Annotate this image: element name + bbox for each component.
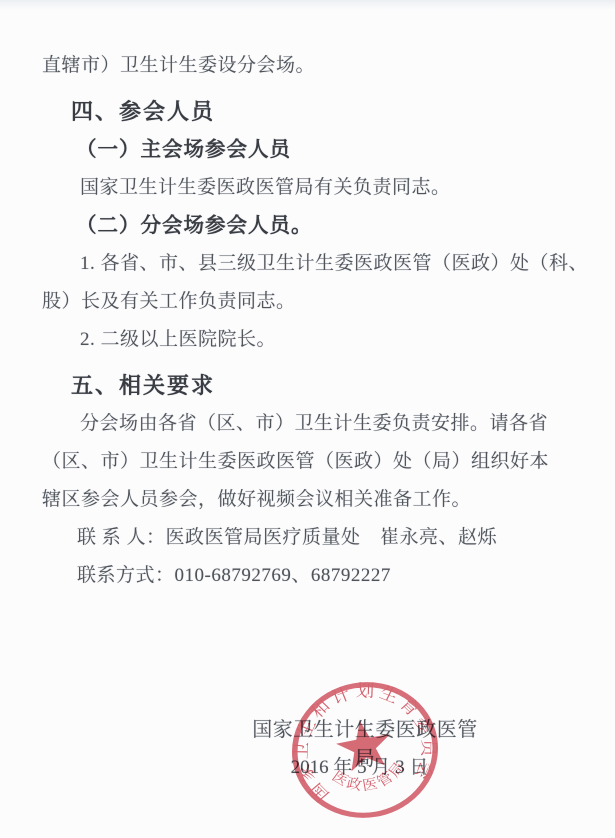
document-line: 直辖市）卫生计生委设分会场。 [42,47,615,85]
scan-artifact-band [0,0,615,10]
document-line: 联 系 人：医政医管局医疗质量处 崔永亮、赵烁 [77,519,615,557]
document-line: 四、参会人员 [71,93,615,131]
document-line: （一）主会场参会人员 [76,131,615,169]
document-line: 五、相关要求 [71,367,615,405]
document-line: 1. 各省、市、县三级卫生计生委医政医管（医政）处（科、 [80,245,615,283]
document-line: 辖区参会人员参会，做好视频会议相关准备工作。 [42,481,615,519]
scanned-document-page: 直辖市）卫生计生委设分会场。四、参会人员（一）主会场参会人员国家卫生计生委医政医… [0,0,615,838]
document-line: 股）长及有关工作负责同志。 [42,283,615,321]
document-line: （二）分会场参会人员。 [76,207,615,245]
document-line: 国家卫生计生委医政医管局有关负责同志。 [80,169,615,207]
document-content: 直辖市）卫生计生委设分会场。四、参会人员（一）主会场参会人员国家卫生计生委医政医… [0,47,615,595]
document-line: （区、市）卫生计生委医政医管（医政）处（局）组织好本 [42,443,615,481]
signature-date: 2016 年 5 月 3 日 [277,752,442,779]
document-line: 联系方式：010-68792769、68792227 [77,557,615,595]
document-line: 2. 二级以上医院院长。 [80,321,615,359]
document-line: 分会场由各省（区、市）卫生计生委负责安排。请各省 [80,405,615,443]
